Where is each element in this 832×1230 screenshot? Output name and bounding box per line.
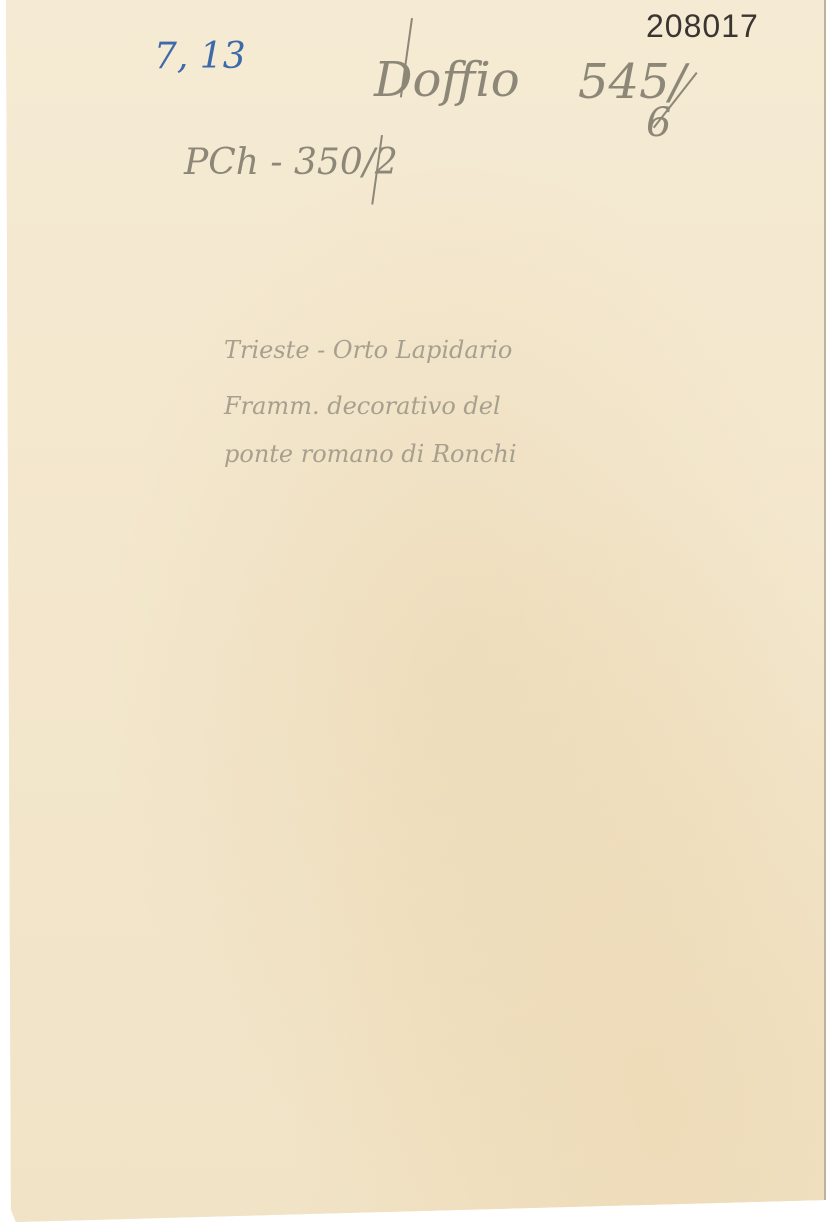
- archive-card: 208017 7, 13 Doffio 545/ 6 PCh - 350/2 T…: [6, 0, 826, 1222]
- code-reference: PCh - 350/2: [184, 142, 398, 183]
- archive-number: 208017: [646, 8, 759, 45]
- blue-ink-mark: 7, 13: [154, 36, 246, 77]
- description-line-2: Framm. decorativo del: [224, 392, 501, 420]
- description-line-3: ponte romano di Ronchi: [224, 440, 517, 468]
- description-line-1: Trieste - Orto Lapidario: [224, 336, 512, 364]
- box-reference: Doffio: [374, 52, 520, 108]
